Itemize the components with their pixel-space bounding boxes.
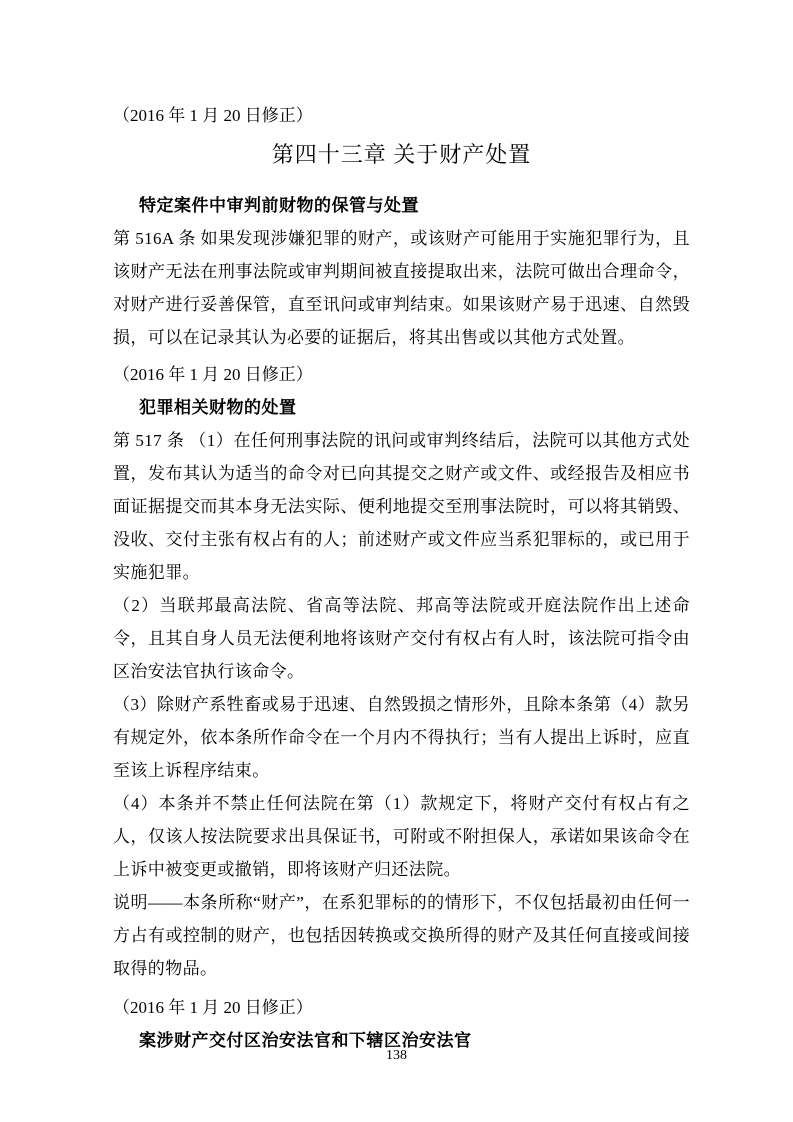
section-heading-crime-property-disposal: 犯罪相关财物的处置 (113, 391, 690, 424)
para-517-clause-2: （2）当联邦最高法院、省高等法院、邦高等法院或开庭法院作出上述命令，且其自身人员… (113, 589, 690, 688)
chapter-title: 第四十三章 关于财产处置 (113, 140, 690, 170)
para-517-clause-1: 第 517 条 （1）在任何刑事法院的讯问或审判终结后，法院可以其他方式处置，发… (113, 424, 690, 589)
document-content: （2016 年 1 月 20 日修正） 第四十三章 关于财产处置 特定案件中审判… (113, 99, 690, 1057)
document-page: （2016 年 1 月 20 日修正） 第四十三章 关于财产处置 特定案件中审判… (0, 0, 793, 1122)
para-517-clause-3: （3）除财产系牲畜或易于迅速、自然毁损之情形外，且除本条第（4）款另有规定外，依… (113, 688, 690, 787)
para-517-explanation: 说明——本条所称“财产”，在系犯罪标的的情形下，不仅包括最初由任何一方占有或控制… (113, 886, 690, 985)
section-heading-pretrial-custody: 特定案件中审判前财物的保管与处置 (113, 189, 690, 222)
amendment-note-section1: （2016 年 1 月 20 日修正） (113, 358, 690, 391)
para-517-clause-4: （4）本条并不禁止任何法院在第（1）款规定下，将财产交付有权占有之人，仅该人按法… (113, 787, 690, 886)
amendment-note-section2: （2016 年 1 月 20 日修正） (113, 991, 690, 1024)
para-516a: 第 516A 条 如果发现涉嫌犯罪的财产，或该财产可能用于实施犯罪行为，且该财产… (113, 222, 690, 354)
amendment-note-top: （2016 年 1 月 20 日修正） (113, 99, 690, 132)
page-number: 138 (0, 1048, 793, 1064)
